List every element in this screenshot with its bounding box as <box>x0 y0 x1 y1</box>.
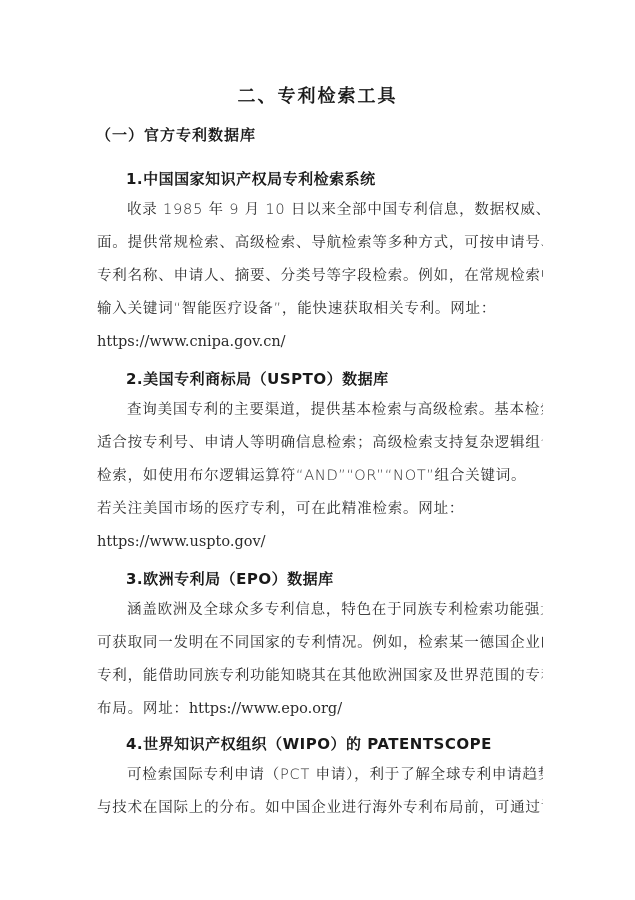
item-heading-wipo: 4.世界知识产权组织（WIPO）的 PATENTSCOPE <box>126 733 492 754</box>
body-line-with-url: 布局。网址：https://www.epo.org/ <box>97 693 543 726</box>
url-link-epo[interactable]: https://www.epo.org/ <box>189 701 342 717</box>
body-line: 若关注美国市场的医疗专利，可在此精准检索。网址： <box>97 493 543 526</box>
item-body-epo: 涵盖欧洲及全球众多专利信息，特色在于同族专利检索功能强大， 可获取同一发明在不同… <box>97 594 543 726</box>
page-title: 二、专利检索工具 <box>0 82 635 108</box>
body-line: 查询美国专利的主要渠道，提供基本检索与高级检索。基本检索 <box>97 394 543 427</box>
item-heading-epo: 3.欧洲专利局（EPO）数据库 <box>126 568 334 589</box>
section-heading: （一）官方专利数据库 <box>96 124 256 145</box>
body-line: 收录 1985 年 9 月 10 日以来全部中国专利信息，数据权威、全 <box>97 194 543 227</box>
item-body-uspto: 查询美国专利的主要渠道，提供基本检索与高级检索。基本检索 适合按专利号、申请人等… <box>97 394 543 559</box>
url-link-uspto[interactable]: https://www.uspto.gov/ <box>97 526 543 559</box>
body-line: 输入关键词“智能医疗设备”，能快速获取相关专利。网址： <box>97 293 543 326</box>
body-line: 检索，如使用布尔逻辑运算符“AND”“OR”“NOT”组合关键词。 <box>97 460 543 493</box>
body-line: 涵盖欧洲及全球众多专利信息，特色在于同族专利检索功能强大， <box>97 594 543 627</box>
body-line: 与技术在国际上的分布。如中国企业进行海外专利布局前，可通过该 <box>97 792 543 825</box>
body-line: 可检索国际专利申请（PCT 申请），利于了解全球专利申请趋势 <box>97 759 543 792</box>
document-page: 二、专利检索工具 （一）官方专利数据库 1.中国国家知识产权局专利检索系统 收录… <box>0 0 635 900</box>
url-link-cnipa[interactable]: https://www.cnipa.gov.cn/ <box>97 326 543 359</box>
item-body-cnipa: 收录 1985 年 9 月 10 日以来全部中国专利信息，数据权威、全 面。提供… <box>97 194 543 359</box>
item-body-wipo: 可检索国际专利申请（PCT 申请），利于了解全球专利申请趋势 与技术在国际上的分… <box>97 759 543 825</box>
body-line: 专利名称、申请人、摘要、分类号等字段检索。例如，在常规检索中 <box>97 260 543 293</box>
body-line: 面。提供常规检索、高级检索、导航检索等多种方式，可按申请号、 <box>97 227 543 260</box>
item-heading-uspto: 2.美国专利商标局（USPTO）数据库 <box>126 368 389 389</box>
item-heading-cnipa: 1.中国国家知识产权局专利检索系统 <box>126 168 376 189</box>
body-line: 布局。网址： <box>97 701 189 717</box>
body-line: 适合按专利号、申请人等明确信息检索；高级检索支持复杂逻辑组合 <box>97 427 543 460</box>
body-line: 可获取同一发明在不同国家的专利情况。例如，检索某一德国企业的 <box>97 627 543 660</box>
body-line: 专利，能借助同族专利功能知晓其在其他欧洲国家及世界范围的专利 <box>97 660 543 693</box>
